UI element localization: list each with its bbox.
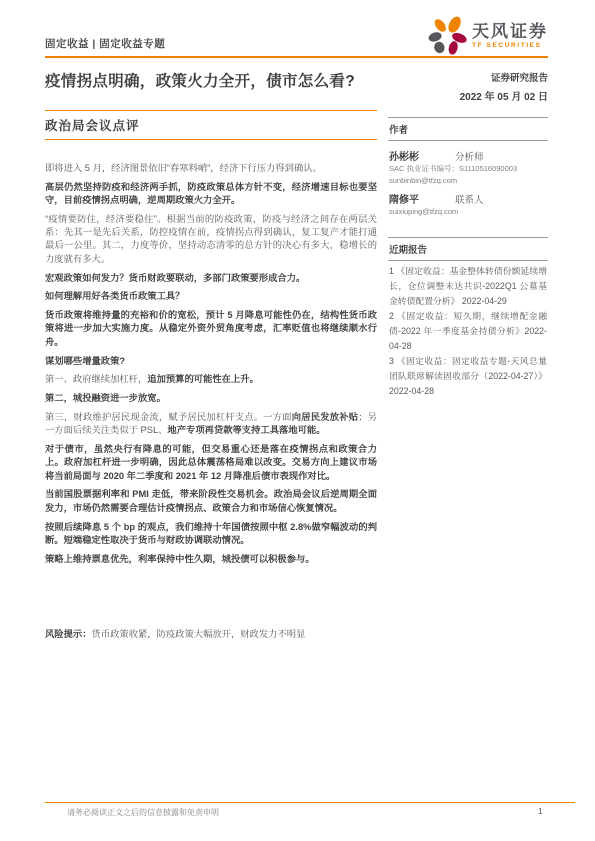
risk-label: 风险提示：	[45, 629, 92, 639]
body-paragraph: 货币政策将维持量的充裕和价的宽松，预计 5 月降息可能性仍在，结构性货币政策将进…	[45, 309, 377, 349]
paragraph-run: “疫情要防住，经济要稳住”。根据当前的防疫政策，防疫与经济之间存在两层关系：先其…	[45, 214, 377, 264]
author-email[interactable]: suixiuping@tfzq.com	[389, 207, 547, 218]
paragraph-bold-run: 地产专项再贷款等支持工具落地可能。	[167, 425, 325, 435]
title-row: 疫情拐点明确，政策火力全开，债市怎么看? 证券研究报告 2022 年 05 月 …	[0, 58, 595, 103]
main-column: 政治局会议点评 即将进入 5 月，经济图景依旧“春寒料峭”，经济下行压力得到确认…	[45, 110, 377, 641]
recent-reports-header: 近期报告	[388, 237, 548, 261]
body-paragraph: 第一、政府继续加杠杆，追加预算的可能性在上升。	[45, 373, 377, 386]
author-name: 隋修平	[389, 191, 455, 206]
paragraph-bold-run: 追加预算的可能性在上升。	[147, 374, 259, 384]
report-type-label: 证券研究报告	[460, 70, 548, 84]
body-paragraph: 第三，财政维护居民现金流，赋予居民加杠杆支点。一方面向居民发放补贴；另一方面后续…	[45, 411, 377, 438]
author-role: 联系人	[455, 192, 484, 206]
tf-securities-logo: 天风证券 TF SECURITIES	[427, 16, 548, 56]
body-paragraphs: 即将进入 5 月，经济图景依旧“春寒料峭”，经济下行压力得到确认。高层仍然坚持防…	[45, 162, 377, 566]
body-paragraph: 按照后续降息 5 个 bp 的观点，我们维持十年国债按照中枢 2.8%做窄幅波动…	[45, 521, 377, 548]
reports-list: 1 《固定收益：基金整体转债份额延续增长，仓位调整未达共识-2022Q1 公募基…	[388, 261, 548, 399]
tf-logo-icon	[427, 16, 467, 56]
paragraph-bold-run: 对于债市，虽然央行有降息的可能，但交易重心还是落在疫情拐点和政策合力上。政府加杠…	[45, 444, 377, 481]
page-header: 固定收益 | 固定收益专题 天风证券 TF SECURITIES	[0, 0, 595, 58]
recent-report-link[interactable]: 3 《固定收益：固定收益专题-天风总量团队联席解读固收部分（2022-04-27…	[389, 354, 547, 399]
sidebar: 作者 孙彬彬分析师SAC 执业证书编号：S1110516090003sunbin…	[388, 117, 548, 641]
footer-disclaimer: 请务必阅读正文之后的信息披露和免责申明	[67, 807, 219, 818]
paragraph-bold-run: 如何理解用好各类货币政策工具？	[45, 291, 184, 301]
recent-report-link[interactable]: 2 《固定收益：短久期，继续增配金融债-2022 年一季度基金持债分析》2022…	[389, 309, 547, 354]
author-row: 孙彬彬分析师	[389, 148, 547, 163]
logo-name-en: TF SECURITIES	[472, 43, 548, 50]
author-role: 分析师	[455, 149, 484, 163]
paragraph-bold-run: 向居民发放补贴	[292, 412, 358, 422]
paragraph-bold-run: 按照后续降息 5 个 bp 的观点，我们维持十年国债按照中枢 2.8%做窄幅波动…	[45, 522, 377, 545]
author-cert-number: SAC 执业证书编号：S1110516090003	[389, 164, 547, 175]
report-date: 2022 年 05 月 02 日	[460, 88, 548, 103]
authors-list: 孙彬彬分析师SAC 执业证书编号：S1110516090003sunbinbin…	[388, 141, 548, 218]
tf-logo-wordmark: 天风证券 TF SECURITIES	[472, 23, 548, 50]
paragraph-bold-run: 第二，城投融资进一步放宽。	[45, 393, 166, 403]
author-email[interactable]: sunbinbin@tfzq.com	[389, 176, 547, 187]
body-paragraph: 即将进入 5 月，经济图景依旧“春寒料峭”，经济下行压力得到确认。	[45, 162, 377, 175]
header-rule	[45, 56, 548, 58]
body-paragraph: 当前国股票据利率和 PMI 走低，带来阶段性交易机会。政治局会议后逆周期全面发力…	[45, 488, 377, 515]
body-paragraph: 谋划哪些增量政策?	[45, 355, 377, 368]
body-paragraph: 高层仍然坚持防疫和经济两手抓，防疫政策总体方针不变，经济增速目标也要坚守，目前疫…	[45, 181, 377, 208]
report-title: 疫情拐点明确，政策火力全开，债市怎么看?	[45, 69, 355, 91]
risk-text: 货币政策收紧，防疫政策大幅放开，财政发力不明显	[92, 629, 306, 639]
body-paragraph: 第二，城投融资进一步放宽。	[45, 392, 377, 405]
page-number: 1	[538, 806, 543, 816]
body-paragraph: 对于债市，虽然央行有降息的可能，但交易重心还是落在疫情拐点和政策合力上。政府加杠…	[45, 443, 377, 483]
body-paragraph: 宏观政策如何发力？货币财政要联动，多部门政策要形成合力。	[45, 272, 377, 285]
report-meta: 证券研究报告 2022 年 05 月 02 日	[460, 69, 548, 103]
logo-name-cn: 天风证券	[472, 23, 548, 40]
body-paragraph: 如何理解用好各类货币政策工具？	[45, 290, 377, 303]
body-paragraph: “疫情要防住，经济要稳住”。根据当前的防疫政策，防疫与经济之间存在两层关系：先其…	[45, 213, 377, 266]
paragraph-bold-run: 高层仍然坚持防疫和经济两手抓，防疫政策总体方针不变，经济增速目标也要坚守，目前疫…	[45, 182, 377, 205]
paragraph-bold-run: 当前国股票据利率和 PMI 走低，带来阶段性交易机会。政治局会议后逆周期全面发力…	[45, 489, 377, 512]
paragraph-bold-run: 货币政策将维持量的充裕和价的宽松，预计 5 月降息可能性仍在，结构性货币政策将进…	[45, 310, 377, 347]
report-subtitle: 政治局会议点评	[45, 116, 377, 134]
report-category: 固定收益 | 固定收益专题	[45, 36, 165, 51]
risk-warning: 风险提示：货币政策收紧，防疫政策大幅放开，财政发力不明显	[45, 628, 377, 641]
footer-rule	[45, 802, 575, 803]
body-paragraph: 策略上维持票息优先，利率保持中性久期，城投债可以积极参与。	[45, 553, 377, 566]
paragraph-run: 第三，财政维护居民现金流，赋予居民加杠杆支点。一方面	[45, 412, 292, 422]
author-name: 孙彬彬	[389, 148, 455, 163]
paragraph-bold-run: 谋划哪些增量政策?	[45, 356, 125, 366]
author-row: 隋修平联系人	[389, 191, 547, 206]
author-section-header: 作者	[388, 117, 548, 141]
content-columns: 政治局会议点评 即将进入 5 月，经济图景依旧“春寒料峭”，经济下行压力得到确认…	[0, 110, 595, 641]
subtitle-block: 政治局会议点评	[45, 110, 377, 140]
recent-report-link[interactable]: 1 《固定收益：基金整体转债份额延续增长，仓位调整未达共识-2022Q1 公募基…	[389, 264, 547, 309]
report-page: 固定收益 | 固定收益专题 天风证券 TF SECURITIES 疫情拐点明确，…	[0, 0, 595, 841]
paragraph-run: 即将进入 5 月，经济图景依旧“春寒料峭”，经济下行压力得到确认。	[45, 163, 322, 173]
paragraph-run: 第一、政府继续加杠杆，	[45, 374, 147, 384]
paragraph-bold-run: 策略上维持票息优先，利率保持中性久期，城投债可以积极参与。	[45, 554, 315, 564]
paragraph-bold-run: 宏观政策如何发力？货币财政要联动，多部门政策要形成合力。	[45, 273, 305, 283]
